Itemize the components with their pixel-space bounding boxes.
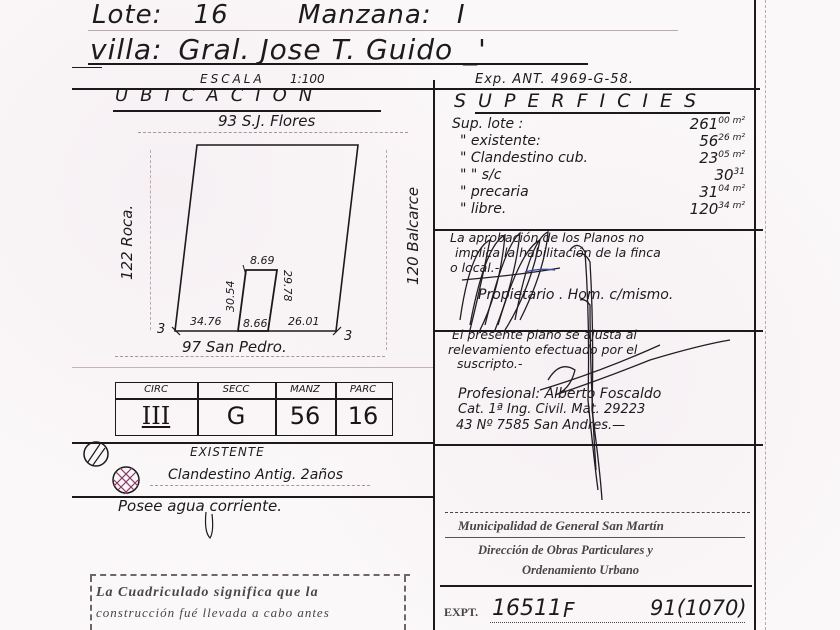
plan-document: Lote: 16 Manzana: I villa: Gral. Jose T.… [0, 0, 840, 630]
expt-label: EXPT. [444, 605, 478, 620]
expt-letter: F [563, 598, 575, 622]
muni-line3: Ordenamiento Urbano [522, 563, 639, 578]
muni-line2: Dirección de Obras Particulares y [478, 543, 653, 558]
muni-bottom-line [440, 585, 752, 587]
muni-divider [445, 537, 745, 538]
signature-scribbles [0, 0, 840, 630]
muni-top-line [445, 512, 750, 513]
expt-number: 16511 [492, 596, 562, 621]
muni-line1: Municipalidad de General San Martín [458, 518, 664, 534]
expt-dotted-line [490, 622, 745, 623]
expt-year: 91(1070) [650, 596, 747, 620]
